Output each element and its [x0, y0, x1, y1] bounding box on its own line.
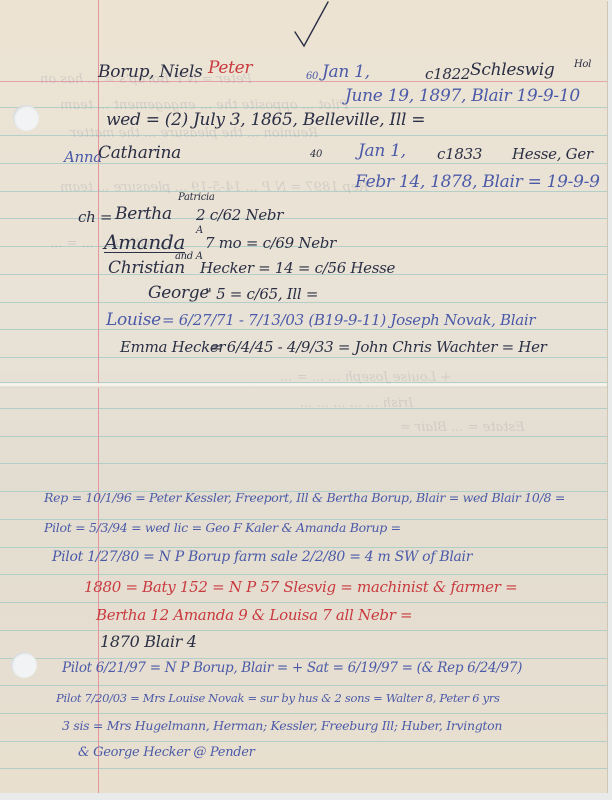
child-name: Louise — [106, 312, 161, 329]
note-line: Pilot 1/27/80 = N P Borup farm sale 2/2/… — [52, 550, 472, 564]
ruled-line — [0, 768, 607, 769]
age-label: 60 — [306, 72, 318, 82]
middle-name-red: Peter — [208, 60, 252, 77]
child-name: Amanda — [104, 232, 185, 253]
child-detail: 7 mo = c/69 Nebr — [205, 236, 336, 251]
ruled-line — [0, 630, 607, 631]
child-detail: = 6/27/71 - 7/13/03 (B19-9-11) Joseph No… — [162, 313, 535, 328]
ruled-line — [0, 547, 607, 548]
death-line: June 19, 1897, Blair 19-9-10 — [345, 88, 580, 105]
birth-place-note: Hol — [574, 60, 591, 70]
ruled-line — [0, 741, 607, 742]
children-prefix: ch = — [78, 210, 112, 225]
punch-hole — [13, 105, 39, 131]
surname-given: Borup, Niels — [98, 64, 202, 81]
census-1870: 1870 Blair 4 — [100, 634, 197, 650]
child-name: George — [148, 285, 209, 302]
birth-place: Schleswig — [470, 62, 555, 79]
note-line: 3 sis = Mrs Hugelmann, Herman; Kessler, … — [62, 720, 502, 733]
note-line: Pilot 6/21/97 = N P Borup, Blair = + Sat… — [62, 662, 522, 676]
note-line: Pilot = 5/3/94 = wed lic = Geo F Kaler &… — [44, 522, 401, 535]
ruled-line — [0, 436, 607, 437]
ruled-line — [0, 463, 607, 464]
spouse-death-line: Febr 14, 1878, Blair = 19-9-9 — [355, 174, 600, 191]
child-detail: " 5 = c/65, Ill = — [205, 287, 318, 302]
birth-year: c1822 — [425, 67, 470, 82]
spouse-birth-date: Jan 1, — [358, 143, 406, 160]
ruled-line — [0, 713, 607, 714]
ruled-line — [0, 602, 607, 603]
child-note-above: and A — [175, 252, 203, 262]
child-name: Christian — [108, 260, 185, 277]
child-note-above: A — [196, 226, 203, 236]
child-note-above: Patricia — [178, 193, 215, 203]
marriage-line: wed = (2) July 3, 1865, Belleville, Ill … — [106, 112, 425, 129]
child-detail: 2 c/62 Nebr — [196, 208, 283, 223]
spouse-name: Catharina — [98, 145, 181, 162]
birth-date: Jan 1, — [322, 64, 370, 81]
child-detail: = 6/4/45 - 4/9/33 = John Chris Wachter =… — [210, 340, 547, 355]
ruled-line — [0, 329, 607, 330]
notebook-page: Peter = N P Borup's = ... has on Pilot .… — [0, 0, 607, 793]
child-detail: Hecker = 14 = c/56 Hesse — [200, 261, 395, 276]
ruled-line — [0, 685, 607, 686]
spouse-age: 40 — [310, 150, 322, 160]
checkmark-icon — [290, 0, 330, 48]
punch-hole — [11, 652, 37, 678]
spouse-first-name: Anna — [64, 150, 102, 165]
census-line-red: Bertha 12 Amanda 9 & Louisa 7 all Nebr = — [96, 608, 412, 623]
ruled-line — [0, 658, 607, 659]
ruled-line — [0, 357, 607, 358]
note-line: Pilot 7/20/03 = Mrs Louise Novak = sur b… — [56, 693, 500, 705]
note-line: Rep = 10/1/96 = Peter Kessler, Freeport,… — [44, 492, 565, 505]
census-line-red: 1880 = Baty 152 = N P 57 Slesvig = machi… — [84, 580, 517, 595]
scan-background — [0, 793, 612, 800]
ruled-line — [0, 574, 607, 575]
spouse-birth-year: c1833 — [437, 147, 482, 162]
note-line: & George Hecker @ Pender — [78, 746, 255, 759]
child-name: Bertha — [115, 206, 172, 223]
spouse-birth-place: Hesse, Ger — [512, 147, 593, 162]
